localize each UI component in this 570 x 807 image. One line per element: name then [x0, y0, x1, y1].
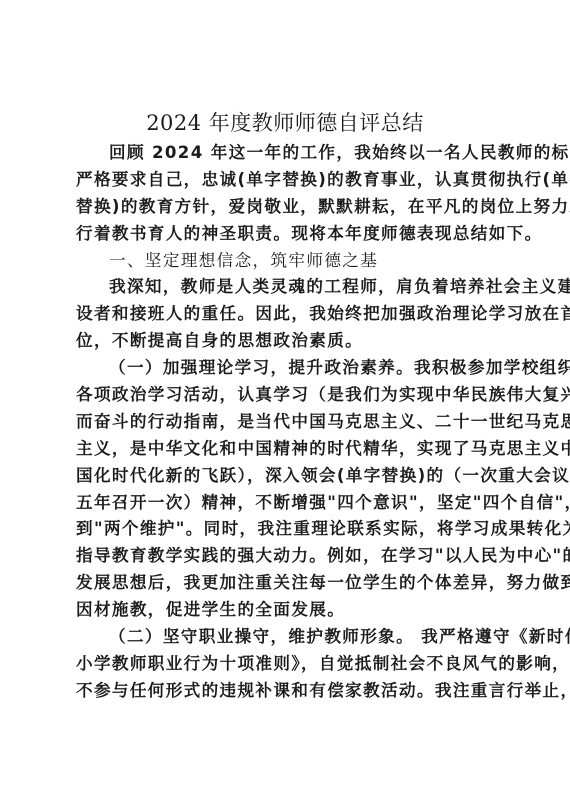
- document-title: 2024 年度教师师德自评总结: [0, 107, 570, 137]
- paragraph-line: 因材施教，促进学生的全面发展。: [76, 597, 496, 624]
- paragraph-line: 不参与任何形式的违规补课和有偿家教活动。我注重言行举止，: [76, 678, 496, 705]
- paragraph-line: 严格要求自己，忠诚(单字替换)的教育事业，认真贯彻执行(单字: [76, 167, 496, 194]
- paragraph-line: 小学教师职业行为十项准则》，自觉抵制社会不良风气的影响，: [76, 651, 496, 678]
- paragraph-line: 行着教书育人的神圣职责。现将本年度师德表现总结如下。: [76, 221, 496, 248]
- paragraph-line: 到"两个维护"。同时，我注重理论联系实际，将学习成果转化为: [76, 516, 496, 543]
- paragraph-line: 我深知，教师是人类灵魂的工程师，肩负着培养社会主义建: [76, 274, 496, 301]
- paragraph-line: （二）坚守职业操守，维护教师形象。 我严格遵守《新时代中: [76, 624, 496, 651]
- paragraph-line: 替换)的教育方针，爱岗敬业，默默耕耘，在平凡的岗位上努力践: [76, 194, 496, 221]
- paragraph-line: 发展思想后，我更加注重关注每一位学生的个体差异，努力做到: [76, 570, 496, 597]
- paragraph-line: 设者和接班人的重任。因此，我始终把加强政治理论学习放在首: [76, 301, 496, 328]
- document-body: 回顾 2024 年这一年的工作，我始终以一名人民教师的标准严格要求自己，忠诚(单…: [76, 140, 496, 705]
- paragraph-line: （一）加强理论学习，提升政治素养。我积极参加学校组织的: [76, 355, 496, 382]
- paragraph-line: 五年召开一次）精神，不断增强"四个意识"，坚定"四个自信"，做: [76, 490, 496, 517]
- section-heading: 一、坚定理想信念，筑牢师德之基: [76, 248, 496, 275]
- paragraph-line: 国化时代化新的飞跃），深入领会(单字替换)的（一次重大会议，: [76, 463, 496, 490]
- paragraph-line: 各项政治学习活动，认真学习（是我们为实现中华民族伟大复兴: [76, 382, 496, 409]
- paragraph-line: 而奋斗的行动指南，是当代中国马克思主义、二十一世纪马克思: [76, 409, 496, 436]
- paragraph-line: 主义，是中华文化和中国精神的时代精华，实现了马克思主义中: [76, 436, 496, 463]
- paragraph-line: 回顾 2024 年这一年的工作，我始终以一名人民教师的标准: [76, 140, 496, 167]
- document-page: 2024 年度教师师德自评总结 回顾 2024 年这一年的工作，我始终以一名人民…: [0, 0, 570, 807]
- paragraph-line: 位，不断提高自身的思想政治素质。: [76, 328, 496, 355]
- paragraph-line: 指导教育教学实践的强大动力。例如，在学习"以人民为中心"的: [76, 543, 496, 570]
